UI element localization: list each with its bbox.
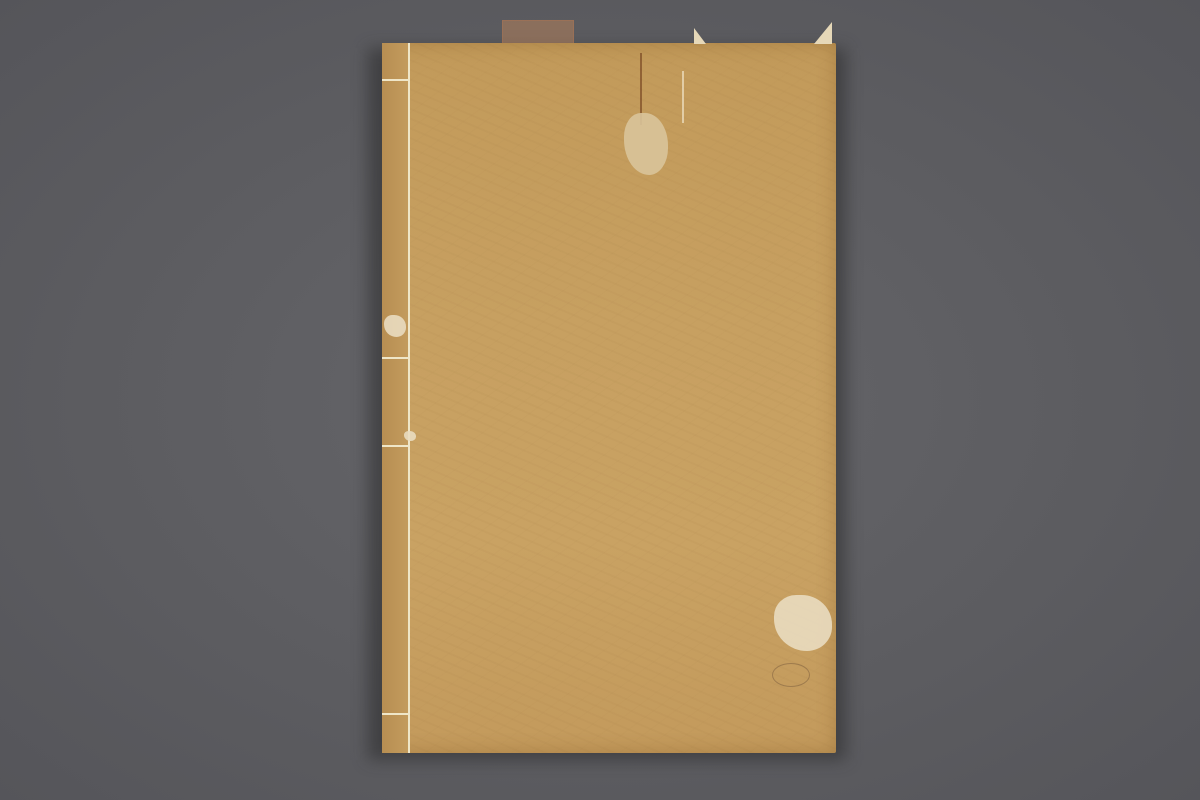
binding-thread-vertical — [408, 43, 410, 753]
spine-strip — [382, 43, 410, 753]
seal-stamp — [772, 663, 810, 687]
binding-stitch — [382, 357, 410, 359]
binding-stitch — [382, 713, 410, 715]
paper-texture — [382, 43, 836, 753]
spine-wear — [384, 315, 406, 337]
binding-stitch — [382, 79, 410, 81]
binding-stitch — [382, 445, 410, 447]
spine-wear — [404, 431, 416, 441]
top-tear-line — [682, 71, 684, 123]
book-cover — [382, 43, 836, 753]
